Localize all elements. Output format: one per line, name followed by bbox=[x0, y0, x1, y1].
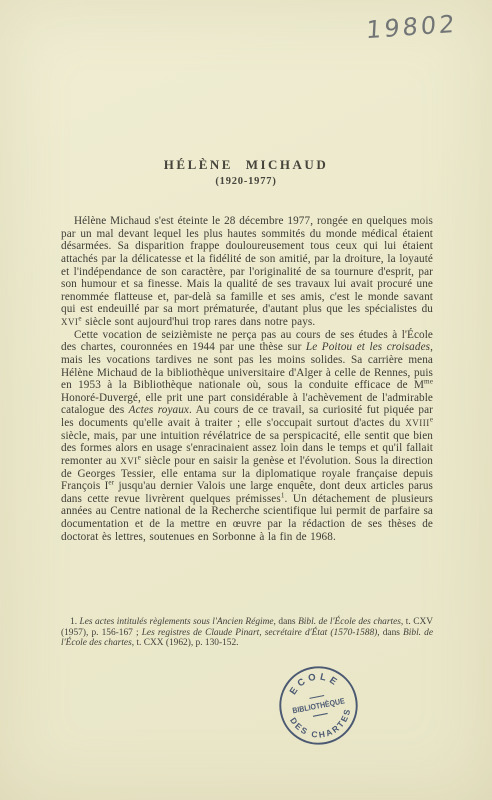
text-run: 1. bbox=[70, 617, 80, 627]
handwritten-accession-number: 19802 bbox=[365, 10, 458, 45]
text-run: siècle sont aujourd'hui trop rares dans … bbox=[82, 316, 316, 328]
text-run: xvi bbox=[61, 317, 78, 327]
article-body: Hélène Michaud s'est éteinte le 28 décem… bbox=[61, 215, 433, 543]
library-stamp-graphic: ECOLE BIBLIOTHÈQUE DES CHARTES bbox=[270, 657, 367, 754]
stamp-text-middle: BIBLIOTHÈQUE bbox=[292, 696, 346, 715]
text-run: xvi bbox=[120, 456, 137, 466]
text-run: Hélène Michaud s'est éteinte le 28 décem… bbox=[61, 215, 433, 315]
text-run: Actes royaux bbox=[129, 404, 189, 416]
paragraph-2: Cette vocation de seizièmiste ne perça p… bbox=[61, 329, 433, 544]
stamp-dash-bottom bbox=[313, 713, 328, 716]
text-run: me bbox=[424, 377, 433, 385]
footnote-1: 1. Les actes intitulés règlements sous l… bbox=[61, 617, 433, 649]
text-run: Bibl. de l'École des chartes bbox=[298, 617, 401, 627]
text-run: , t. CXX (1962), p. 130-152. bbox=[132, 638, 239, 648]
library-stamp: ECOLE BIBLIOTHÈQUE DES CHARTES bbox=[270, 657, 367, 754]
stamp-dash-top bbox=[310, 696, 325, 699]
scanned-document-page: 19802 HÉLÈNE MICHAUD (1920-1977) Hélène … bbox=[0, 0, 492, 800]
text-run: , dans bbox=[377, 628, 403, 638]
text-run: , dans bbox=[274, 617, 299, 627]
text-run: Le Poitou et les croisades bbox=[306, 341, 430, 353]
text-run: Les actes intitulés règlements sous l'An… bbox=[80, 617, 274, 627]
text-run: e bbox=[430, 415, 433, 423]
text-run: xviii bbox=[405, 418, 429, 428]
article-title: HÉLÈNE MICHAUD bbox=[0, 157, 492, 173]
paragraph-1: Hélène Michaud s'est éteinte le 28 décem… bbox=[61, 215, 433, 329]
text-run: Les registres de Claude Pinart, secrétai… bbox=[142, 628, 378, 638]
article-life-dates: (1920-1977) bbox=[0, 176, 492, 187]
